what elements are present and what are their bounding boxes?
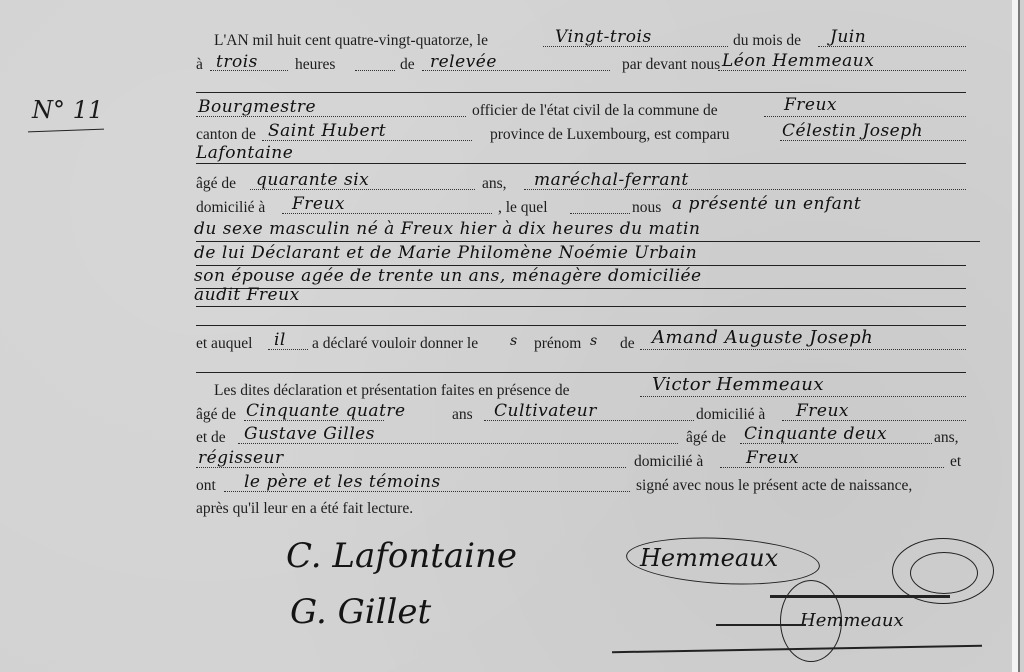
hw-profession: maréchal-ferrant [534,168,689,192]
hw-pronoun: il [274,328,286,352]
rule-line [196,372,966,373]
hw-domicile: Freux [292,192,345,216]
fill-line [355,70,395,71]
printed-domicilie: domicilié à [634,450,703,474]
act-number: N° 11 [32,96,103,124]
printed-ans: ans, [934,426,959,450]
printed-de: de [400,53,415,77]
signature-officer: Hemmeaux [800,610,904,631]
hw-declarant-last: Lafontaine [196,141,293,165]
signature-stroke [716,624,806,626]
birth-certificate-page: N° 11 L'AN mil huit cent quatre-vingt-qu… [0,0,1020,672]
printed-prenom: prénom [534,332,581,356]
printed-par-devant: par devant nous [622,53,720,77]
hw-witness2: Gustave Gilles [244,422,375,446]
printed-signe: signé avec nous le présent acte de naiss… [636,474,912,498]
printed-ans: ans, [482,172,507,196]
printed-ont: ont [196,474,216,498]
hw-age2: Cinquante deux [744,422,887,446]
hw-period: relevée [430,50,497,74]
hw-plural-1: s [510,329,518,353]
act-number-underline [28,129,104,133]
rule-line [196,163,966,164]
hw-age1: Cinquante quatre [246,399,406,423]
printed-et: et [950,450,961,474]
hw-prof1: Cultivateur [494,399,597,423]
hw-plural-2: s [590,329,598,353]
printed-declare: a déclaré vouloir donner le [312,332,478,356]
hw-parents: de lui Déclarant et de Marie Philomène N… [194,241,697,265]
signature-declarant: C. Lafontaine [286,536,517,576]
hw-canton: Saint Hubert [268,119,386,143]
printed-auquel: et auquel [196,332,252,356]
rule-line [196,92,966,93]
hw-age: quarante six [256,168,369,192]
hw-hour: trois [216,50,258,74]
signature-witness2: G. Gillet [290,592,431,632]
signature-flourish [910,552,978,594]
printed-province: province de Luxembourg, est comparu [490,123,729,147]
hw-witness1: Victor Hemmeaux [652,373,824,397]
hw-audit: audit Freux [194,283,300,307]
hw-birth-details: du sexe masculin né à Freux hier à dix h… [194,217,700,241]
printed-age: âgé de [196,172,236,196]
printed-officier: officier de l'état civil de la commune d… [472,99,718,123]
printed-age: âgé de [196,403,236,427]
hw-prof2: régisseur [198,446,284,470]
hw-officer: Léon Hemmeaux [722,49,874,73]
hw-signers: le père et les témoins [244,470,441,494]
printed-lecture: après qu'il leur en a été fait lecture. [196,497,413,521]
signature-witness1: Hemmeaux [640,544,778,572]
hw-day: Vingt-trois [555,25,652,49]
hw-child-names: Amand Auguste Joseph [652,326,873,350]
hw-commune: Freux [784,93,837,117]
hw-declarant-first: Célestin Joseph [782,119,923,143]
page-edge [1012,0,1018,672]
printed-de: de [620,332,635,356]
printed-heures: heures [295,53,335,77]
hw-month: Juin [830,25,866,49]
hw-presented: a présenté un enfant [672,192,861,216]
rule-line [196,306,966,307]
hw-title: Bourgmestre [198,95,316,119]
printed-age: âgé de [686,426,726,450]
printed-a: à [196,53,203,77]
printed-ans: ans [452,403,473,427]
hw-dom1: Freux [796,399,849,423]
fill-line [570,213,630,214]
rule-line [196,288,966,289]
hw-dom2: Freux [746,446,799,470]
